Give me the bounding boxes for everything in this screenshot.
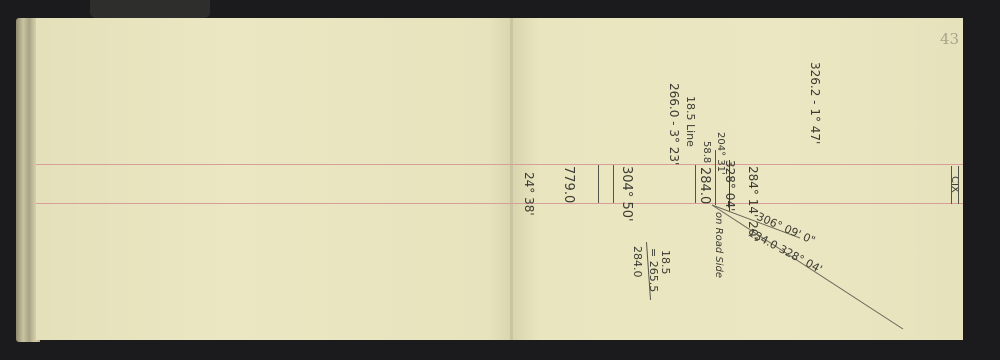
survey-lines (0, 0, 1000, 360)
